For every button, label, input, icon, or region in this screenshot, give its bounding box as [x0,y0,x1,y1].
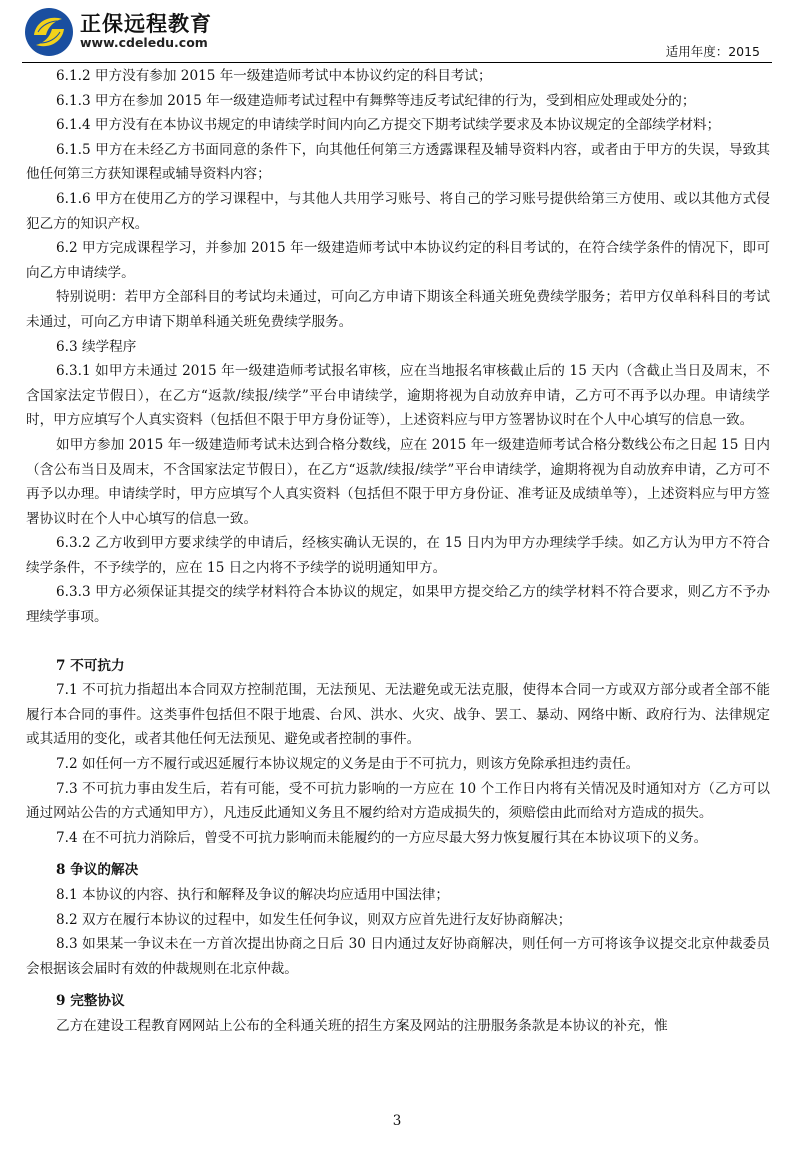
document-body: 6.1.2 甲方没有参加 2015 年一级建造师考试中本协议约定的科目考试； 6… [26,64,770,1039]
spacer [26,630,770,654]
clause-7-3: 7.3 不可抗力事由发生后，若有可能，受不可抗力影响的一方应在 10 个工作日内… [26,777,770,826]
page-number: 3 [0,1113,794,1129]
brand-url: www.cdeledu.com [80,35,208,50]
clause-8-3: 8.3 如果某一争议未在一方首次提出协商之日后 30 日内通过友好协商解决，则任… [26,932,770,981]
clause-6-1-6: 6.1.6 甲方在使用乙方的学习课程中，与其他人共用学习账号、将自己的学习账号提… [26,187,770,236]
page-header: 正保远程教育 www.cdeledu.com 适用年度：2015 [0,0,794,62]
clause-6-3-2: 6.3.2 乙方收到甲方要求续学的申请后，经核实确认无误的，在 15 日内为甲方… [26,531,770,580]
special-note: 特别说明：若甲方全部科目的考试均未通过，可向乙方申请下期该全科通关班免费续学服务… [26,285,770,334]
clause-6-1-4: 6.1.4 甲方没有在本协议书规定的申请续学时间内向乙方提交下期考试续学要求及本… [26,113,770,138]
clause-9-text: 乙方在建设工程教育网网站上公布的全科通关班的招生方案及网站的注册服务条款是本协议… [26,1014,770,1039]
clause-6-3-1: 6.3.1 如甲方未通过 2015 年一级建造师考试报名审核，应在当地报名审核截… [26,359,770,433]
header-divider [22,62,772,63]
section-7-heading: 7 不可抗力 [26,654,770,679]
spacer [26,981,770,989]
clause-6-1-5: 6.1.5 甲方在未经乙方书面同意的条件下，向其他任何第三方透露课程及辅导资料内… [26,138,770,187]
clause-6-1-2: 6.1.2 甲方没有参加 2015 年一级建造师考试中本协议约定的科目考试； [26,64,770,89]
brand-name: 正保远程教育 [80,8,212,38]
clause-7-4: 7.4 在不可抗力消除后，曾受不可抗力影响而未能履约的一方应尽最大努力恢复履行其… [26,826,770,851]
spacer [26,850,770,858]
clause-6-3-1-continued: 如甲方参加 2015 年一级建造师考试未达到合格分数线，应在 2015 年一级建… [26,433,770,531]
clause-8-2: 8.2 双方在履行本协议的过程中，如发生任何争议，则双方应首先进行友好协商解决； [26,908,770,933]
section-8-heading: 8 争议的解决 [26,858,770,883]
applicable-year: 适用年度：2015 [666,42,760,60]
section-6-3-heading: 6.3 续学程序 [26,335,770,360]
clause-6-2: 6.2 甲方完成课程学习，并参加 2015 年一级建造师考试中本协议约定的科目考… [26,236,770,285]
clause-7-2: 7.2 如任何一方不履行或迟延履行本协议规定的义务是由于不可抗力，则该方免除承担… [26,752,770,777]
clause-8-1: 8.1 本协议的内容、执行和解释及争议的解决均应适用中国法律； [26,883,770,908]
cdeledu-logo-icon [24,7,74,57]
section-9-heading: 9 完整协议 [26,989,770,1014]
clause-6-3-3: 6.3.3 甲方必须保证其提交的续学材料符合本协议的规定，如果甲方提交给乙方的续… [26,580,770,629]
clause-6-1-3: 6.1.3 甲方在参加 2015 年一级建造师考试过程中有舞弊等违反考试纪律的行… [26,89,770,114]
clause-7-1: 7.1 不可抗力指超出本合同双方控制范围，无法预见、无法避免或无法克服，使得本合… [26,678,770,752]
